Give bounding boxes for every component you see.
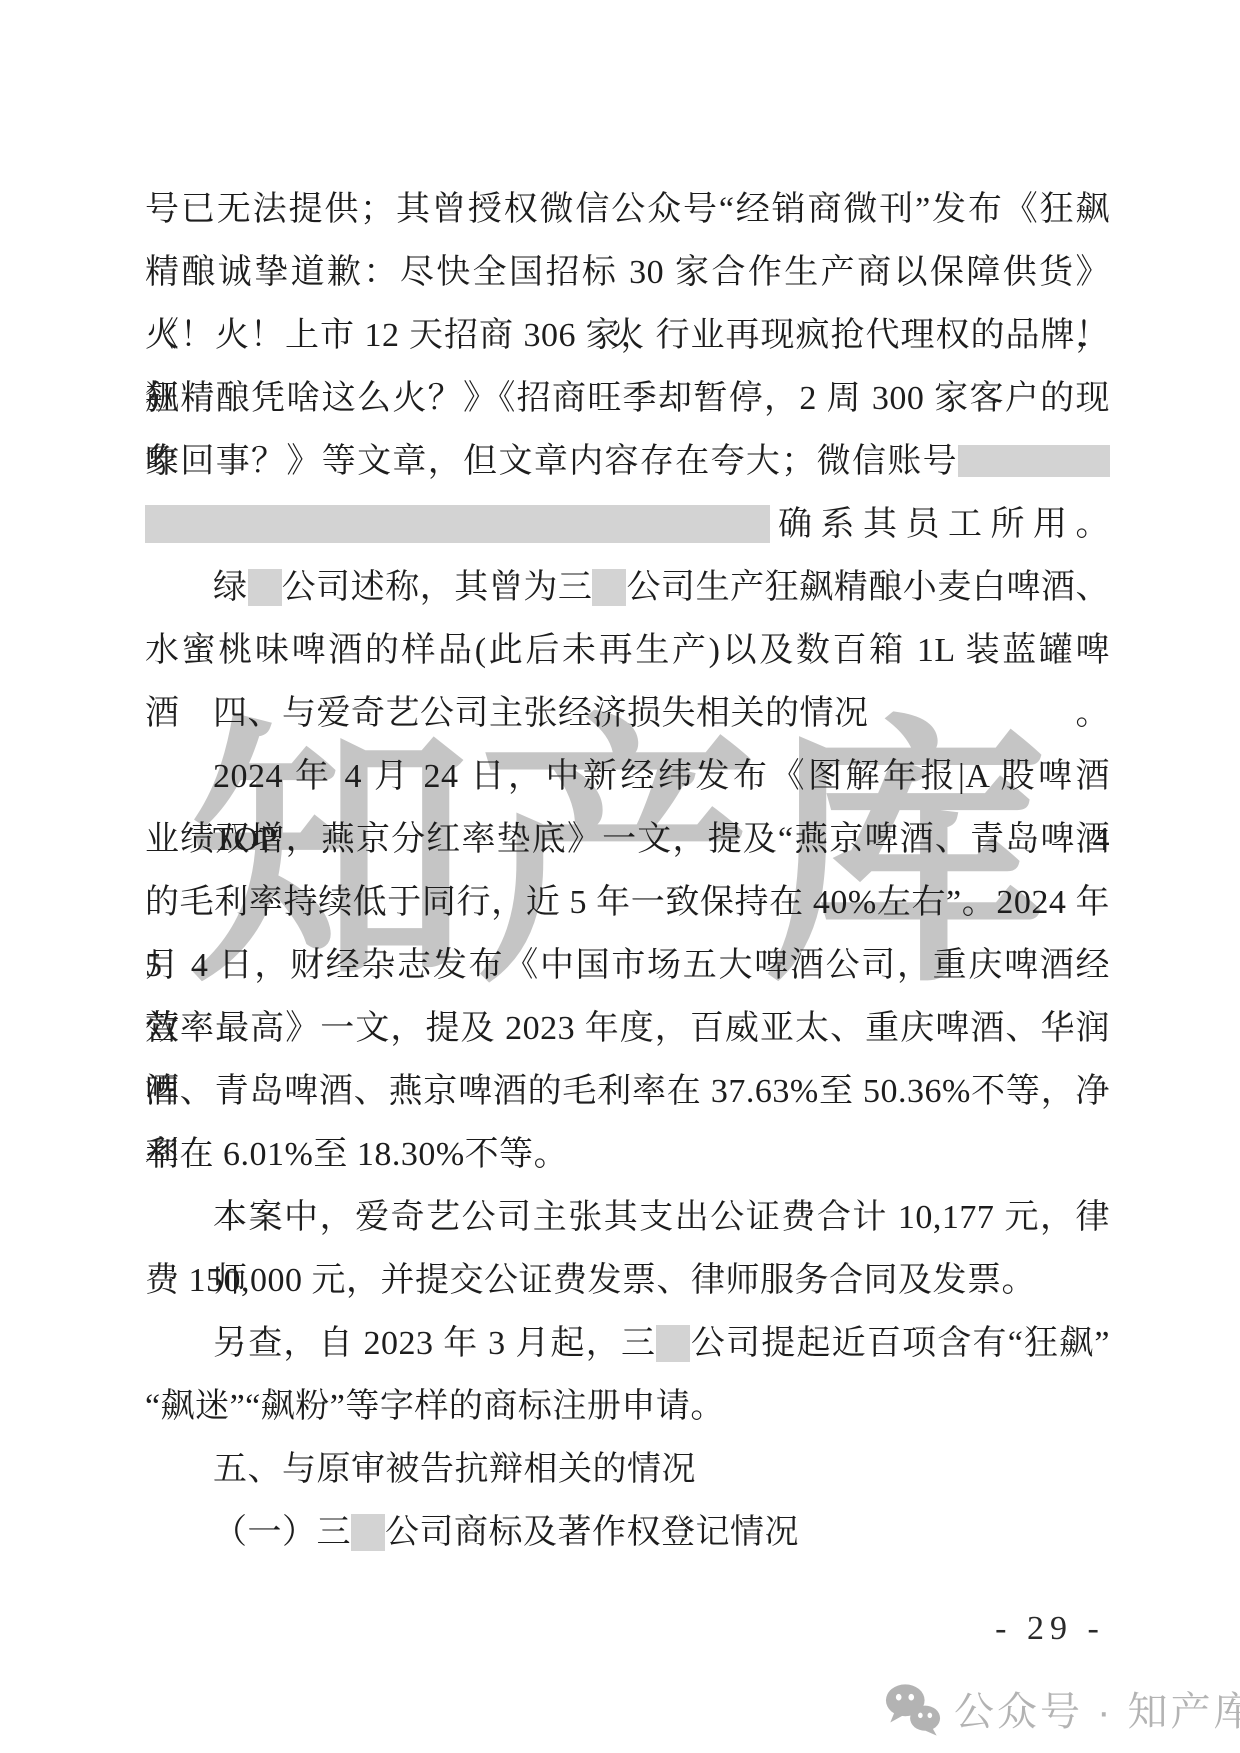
text-line-12: 的毛利率持续低于同行，近 5 年一致保持在 40%左右”。2024 年 5 xyxy=(145,871,1110,934)
redaction-block xyxy=(145,505,770,543)
text-line-8: 水蜜桃味啤酒的样品(此后未再生产)以及数百箱 1L 装蓝罐啤酒。 xyxy=(145,619,1110,682)
text-line-5: 咋回事？》等文章，但文章内容存在夸大；微信账号 xyxy=(145,430,1110,493)
line-text: 公司述称，其曾为三 xyxy=(282,569,593,606)
line-text: 业绩双增，燕京分红率垫底》一文，提及“燕京啤酒、青岛啤酒 xyxy=(145,821,1110,858)
text-line-13: 月 4 日，财经杂志发布《中国市场五大啤酒公司，重庆啤酒经营 xyxy=(145,934,1110,997)
line-text: 咋回事？》等文章，但文章内容存在夸大；微信账号 xyxy=(145,443,958,480)
text-line-19: 另查，自 2023 年 3 月起，三公司提起近百项含有“狂飙” xyxy=(145,1312,1110,1375)
text-line-20: “飙迷”“飙粉”等字样的商标注册申请。 xyxy=(145,1375,1110,1438)
line-text: 率在 6.01%至 18.30%不等。 xyxy=(145,1136,568,1173)
text-line-21: 五、与原审被告抗辩相关的情况 xyxy=(145,1438,1110,1501)
text-line-3: 火！火！上市 12 天招商 306 家，行业再现疯抢代理权的品牌，狂 xyxy=(145,304,1110,367)
redaction-block xyxy=(351,1514,385,1551)
line-text: 公司提起近百项含有“狂飙” xyxy=(690,1325,1110,1362)
text-line-11: 业绩双增，燕京分红率垫底》一文，提及“燕京啤酒、青岛啤酒 xyxy=(145,808,1110,871)
line-text: 确系其员工所用。 xyxy=(770,506,1110,543)
text-line-10: 2024 年 4 月 24 日，中新经纬发布《图解年报|A 股啤酒 TOP 4 xyxy=(145,745,1110,808)
line-text: 公司商标及著作权登记情况 xyxy=(385,1514,799,1551)
line-text: 另查，自 2023 年 3 月起，三 xyxy=(213,1325,656,1362)
text-line-18: 费 150,000 元，并提交公证费发票、律师服务合同及发票。 xyxy=(145,1249,1110,1312)
line-text: 五、与原审被告抗辩相关的情况 xyxy=(213,1451,696,1488)
text-line-17: 本案中，爱奇艺公司主张其支出公证费合计 10,177 元，律师 xyxy=(145,1186,1110,1249)
line-text: 绿 xyxy=(213,569,248,606)
text-line-15: 酒、青岛啤酒、燕京啤酒的毛利率在 37.63%至 50.36%不等，净利 xyxy=(145,1060,1110,1123)
line-text: 四、与爱奇艺公司主张经济损失相关的情况 xyxy=(213,695,869,732)
text-line-16: 率在 6.01%至 18.30%不等。 xyxy=(145,1123,1110,1186)
text-line-4: 飙精酿凭啥这么火？》《招商旺季却暂停，2 周 300 家客户的现象 xyxy=(145,367,1110,430)
text-line-1: 号已无法提供；其曾授权微信公众号“经销商微刊”发布《狂飙 xyxy=(145,178,1110,241)
line-text: （一）三 xyxy=(213,1514,351,1551)
line-text: “飙迷”“飙粉”等字样的商标注册申请。 xyxy=(145,1388,725,1425)
document-page: 知产库 号已无法提供；其曾授权微信公众号“经销商微刊”发布《狂飙精酿诚挚道歉：尽… xyxy=(0,0,1240,1753)
footer-label: 公众号 · 知产库 xyxy=(954,1680,1240,1737)
redaction-block xyxy=(656,1325,690,1362)
line-text: 号已无法提供；其曾授权微信公众号“经销商微刊”发布《狂飙 xyxy=(145,191,1110,228)
wechat-icon xyxy=(884,1681,942,1737)
footer-credit: 公众号 · 知产库 xyxy=(884,1680,1240,1737)
page-number: - 29 - xyxy=(980,1610,1120,1648)
redaction-block xyxy=(592,569,626,606)
text-line-14: 效率最高》一文，提及 2023 年度，百威亚太、重庆啤酒、华润啤 xyxy=(145,997,1110,1060)
document-body: 号已无法提供；其曾授权微信公众号“经销商微刊”发布《狂飙精酿诚挚道歉：尽快全国招… xyxy=(145,178,1110,1564)
line-text: 公司生产狂飙精酿小麦白啤酒、 xyxy=(626,569,1110,606)
text-line-6: 确系其员工所用。 xyxy=(145,493,1110,556)
redaction-block xyxy=(958,445,1110,477)
text-line-2: 精酿诚挚道歉：尽快全国招标 30 家合作生产商以保障供货》《火！ xyxy=(145,241,1110,304)
line-text: 费 150,000 元，并提交公证费发票、律师服务合同及发票。 xyxy=(145,1262,1036,1299)
redaction-block xyxy=(248,569,282,606)
text-line-7: 绿公司述称，其曾为三公司生产狂飙精酿小麦白啤酒、 xyxy=(145,556,1110,619)
text-line-22: （一）三公司商标及著作权登记情况 xyxy=(145,1501,1110,1564)
